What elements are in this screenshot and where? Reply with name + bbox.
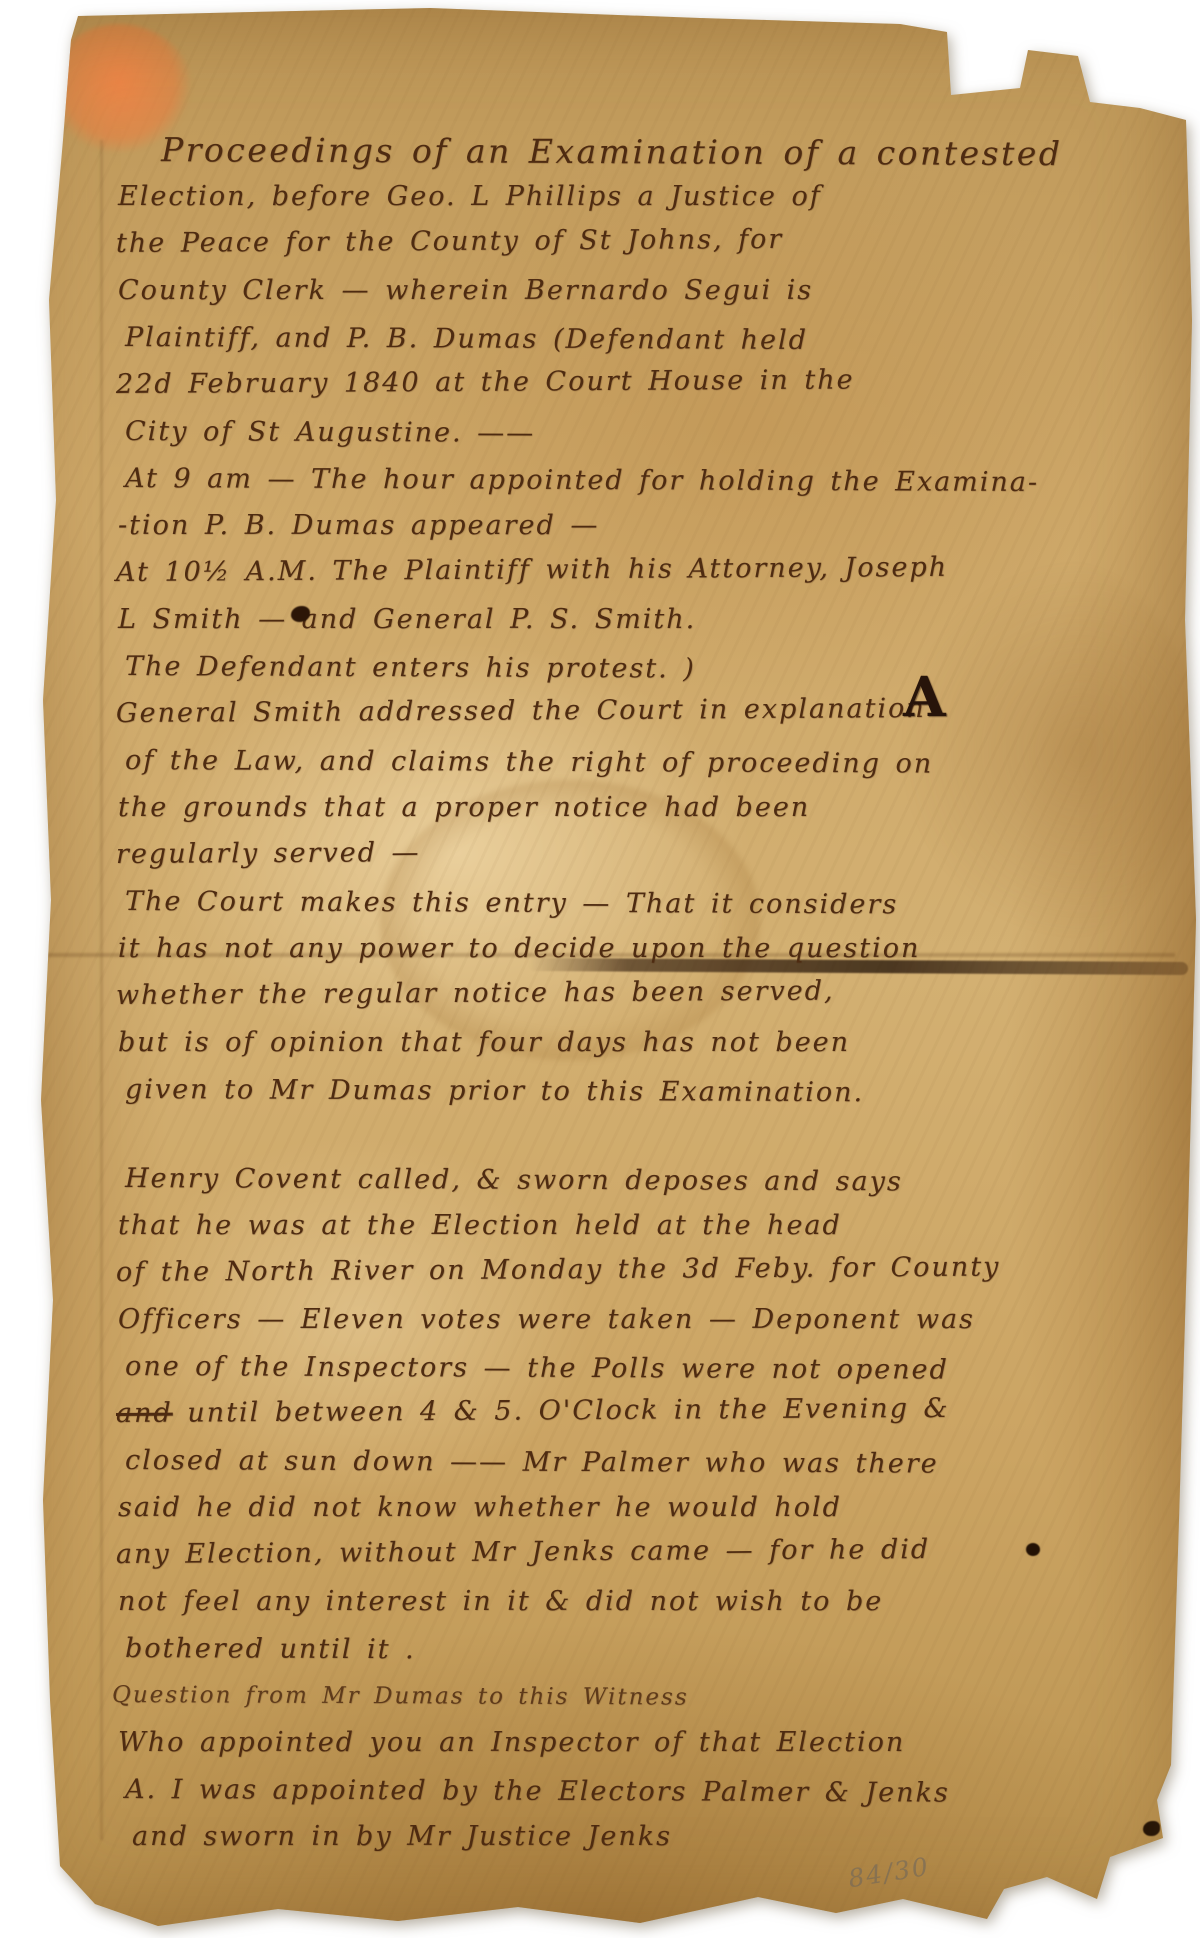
vertical-fold-crease xyxy=(100,140,103,1840)
ink-blot xyxy=(1026,1543,1040,1556)
manuscript-text: Proceedings of an Examination of a conte… xyxy=(118,126,970,1860)
manuscript-line: the grounds that a proper notice had bee… xyxy=(118,784,970,831)
page-number: 1 xyxy=(1112,19,1153,78)
manuscript-line: said he did not know whether he would ho… xyxy=(118,1484,970,1531)
manuscript-line: Proceedings of an Examination of a conte… xyxy=(125,126,970,177)
manuscript-line: Officers — Eleven votes were taken — Dep… xyxy=(118,1296,970,1343)
paragraph-caption: Proceedings of an Examination of a conte… xyxy=(118,126,970,455)
manuscript-line: that he was at the Election held at the … xyxy=(118,1202,970,1249)
paragraph-question: Question from Mr Dumas to this WitnessWh… xyxy=(118,1672,970,1766)
manuscript-line: and until between 4 & 5. O'Clock in the … xyxy=(116,1385,970,1437)
manuscript-line: At 9 am — The hour appointed for holding… xyxy=(125,455,970,506)
manuscript-line: At 10½ A.M. The Plaintiff with his Attor… xyxy=(116,544,970,596)
manuscript-line: given to Mr Dumas prior to this Examinat… xyxy=(125,1066,970,1117)
manuscript-line: 22d February 1840 at the Court House in … xyxy=(116,356,970,408)
ink-blot xyxy=(1143,1821,1160,1836)
annotation-letter-a: A xyxy=(903,664,946,729)
struck-word: and xyxy=(116,1398,173,1429)
manuscript-line: Question from Mr Dumas to this Witness xyxy=(112,1672,970,1723)
manuscript-line: regularly served — xyxy=(116,826,970,878)
manuscript-page-wrapper: 1 Proceedings of an Examination of a con… xyxy=(0,0,1200,1938)
manuscript-line: and sworn in by Mr Justice Jenks xyxy=(118,1813,970,1860)
manuscript-line: The Court makes this entry — That it con… xyxy=(125,878,970,929)
manuscript-line: General Smith addressed the Court in exp… xyxy=(116,685,970,737)
manuscript-line: L Smith — and General P. S. Smith. xyxy=(118,596,970,643)
manuscript-line: of the Law, and claims the right of proc… xyxy=(125,737,970,788)
paragraph-testimony: Henry Covent called, & sworn deposes and… xyxy=(118,1155,970,1672)
manuscript-line: of the North River on Monday the 3d Feby… xyxy=(116,1244,970,1296)
scan-root: { "page": { "number": "1", "annotation_l… xyxy=(0,0,1200,1938)
manuscript-line: Election, before Geo. L Phillips a Justi… xyxy=(118,173,970,220)
manuscript-line: it has not any power to decide upon the … xyxy=(118,925,970,972)
manuscript-line: City of St Augustine. —— xyxy=(125,408,970,459)
manuscript-line: the Peace for the County of St Johns, fo… xyxy=(116,215,970,267)
manuscript-line: bothered until it . xyxy=(125,1625,970,1676)
manuscript-line: Who appointed you an Inspector of that E… xyxy=(118,1719,970,1766)
manuscript-page: 1 Proceedings of an Examination of a con… xyxy=(0,0,1200,1938)
manuscript-line: but is of opinion that four days has not… xyxy=(118,1019,970,1066)
manuscript-line: -tion P. B. Dumas appeared — xyxy=(118,502,970,549)
paragraph-court-entry: The Court makes this entry — That it con… xyxy=(118,878,970,1113)
manuscript-line: closed at sun down —— Mr Palmer who was … xyxy=(125,1437,970,1488)
manuscript-line: any Election, without Mr Jenks came — fo… xyxy=(116,1526,970,1578)
manuscript-line: County Clerk — wherein Bernardo Segui is xyxy=(118,267,970,314)
paragraph-session: At 9 am — The hour appointed for holding… xyxy=(118,455,970,878)
manuscript-line: not feel any interest in it & did not wi… xyxy=(118,1578,970,1625)
manuscript-line: A. I was appointed by the Electors Palme… xyxy=(125,1766,970,1817)
manuscript-line: Henry Covent called, & sworn deposes and… xyxy=(125,1155,970,1206)
manuscript-line: whether the regular notice has been serv… xyxy=(116,967,970,1019)
paragraph-answer: A. I was appointed by the Electors Palme… xyxy=(118,1766,970,1860)
